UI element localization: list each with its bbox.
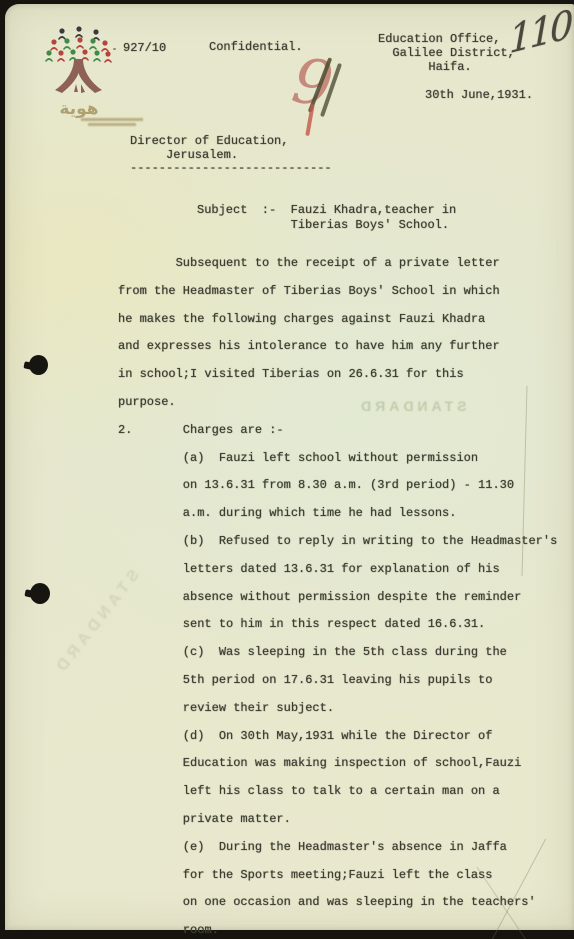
typed-line: on 13.6.31 from 8.30 a.m. (3rd period) -… — [118, 472, 557, 500]
typed-line: purpose. — [118, 389, 557, 417]
typed-line: Subsequent to the receipt of a private l… — [118, 250, 557, 278]
typed-line: Education was making inspection of schoo… — [118, 750, 557, 778]
archive-arabic-title: هوية — [59, 99, 98, 119]
typed-line: (d) On 30th May,1931 while the Director … — [118, 723, 557, 751]
typed-line: (a) Fauzi left school without permission — [118, 445, 557, 473]
typed-line: and expresses his intolerance to have hi… — [118, 333, 557, 361]
handwritten-page-number: 110 — [509, 2, 571, 63]
typed-line: 2. Charges are :- — [118, 417, 557, 445]
ink-speck — [113, 48, 116, 50]
typed-line: 5th period on 17.6.31 leaving his pupils… — [118, 667, 557, 695]
letter-page: هوية 927/10 Confidential. Education Offi… — [5, 4, 574, 930]
typed-line: from the Headmaster of Tiberias Boys' Sc… — [118, 278, 557, 306]
letter-body: Subsequent to the receipt of a private l… — [118, 250, 557, 939]
typed-line: sent to him in this respect dated 16.6.3… — [118, 611, 557, 639]
recipient-address: Director of Education, Jerusalem. ------… — [130, 135, 332, 176]
classification-label: Confidential. — [209, 40, 303, 54]
typed-line: left his class to talk to a certain man … — [118, 778, 557, 806]
typed-line: room. — [118, 917, 557, 939]
subject-line-1: Subject :- Fauzi Khadra,teacher in — [197, 203, 456, 217]
letter-date: 30th June,1931. — [425, 88, 533, 102]
typed-line: letters dated 13.6.31 for explanation of… — [118, 556, 557, 584]
subject-line: Subject :- Fauzi Khadra,teacher in Tiber… — [197, 203, 456, 233]
scanned-letter-screenshot: { "archive_stamp": { "arabic_title": "هو… — [0, 0, 574, 939]
typed-line: review their subject. — [118, 695, 557, 723]
letterhead-address: Education Office, Galilee District, Haif… — [378, 32, 515, 74]
logo-trunk — [55, 59, 102, 93]
hole-punch — [29, 355, 48, 375]
typed-line: (e) During the Headmaster's absence in J… — [118, 834, 557, 862]
typed-line: (c) Was sleeping in the 5th class during… — [118, 639, 557, 667]
archive-tree-logo-icon: هوية — [38, 26, 120, 130]
typed-line: for the Sports meeting;Fauzi left the cl… — [118, 862, 557, 890]
typed-line: absence without permission despite the r… — [118, 584, 557, 612]
typed-line: on one occasion and was sleeping in the … — [118, 889, 557, 917]
typed-line: in school;I visited Tiberias on 26.6.31 … — [118, 361, 557, 389]
subject-line-2: Tiberias Boys' School. — [197, 218, 449, 232]
hole-punch — [30, 583, 50, 604]
archive-small-text-blur — [76, 118, 148, 128]
typed-line: he makes the following charges against F… — [118, 306, 557, 334]
typed-line: a.m. during which time he had lessons. — [118, 500, 557, 528]
reference-number: 927/10 — [123, 41, 166, 55]
logo-people-canopy — [45, 26, 112, 63]
typed-line: (b) Refused to reply in writing to the H… — [118, 528, 557, 556]
typed-line: private matter. — [118, 806, 557, 834]
archive-logo: هوية — [38, 26, 120, 130]
